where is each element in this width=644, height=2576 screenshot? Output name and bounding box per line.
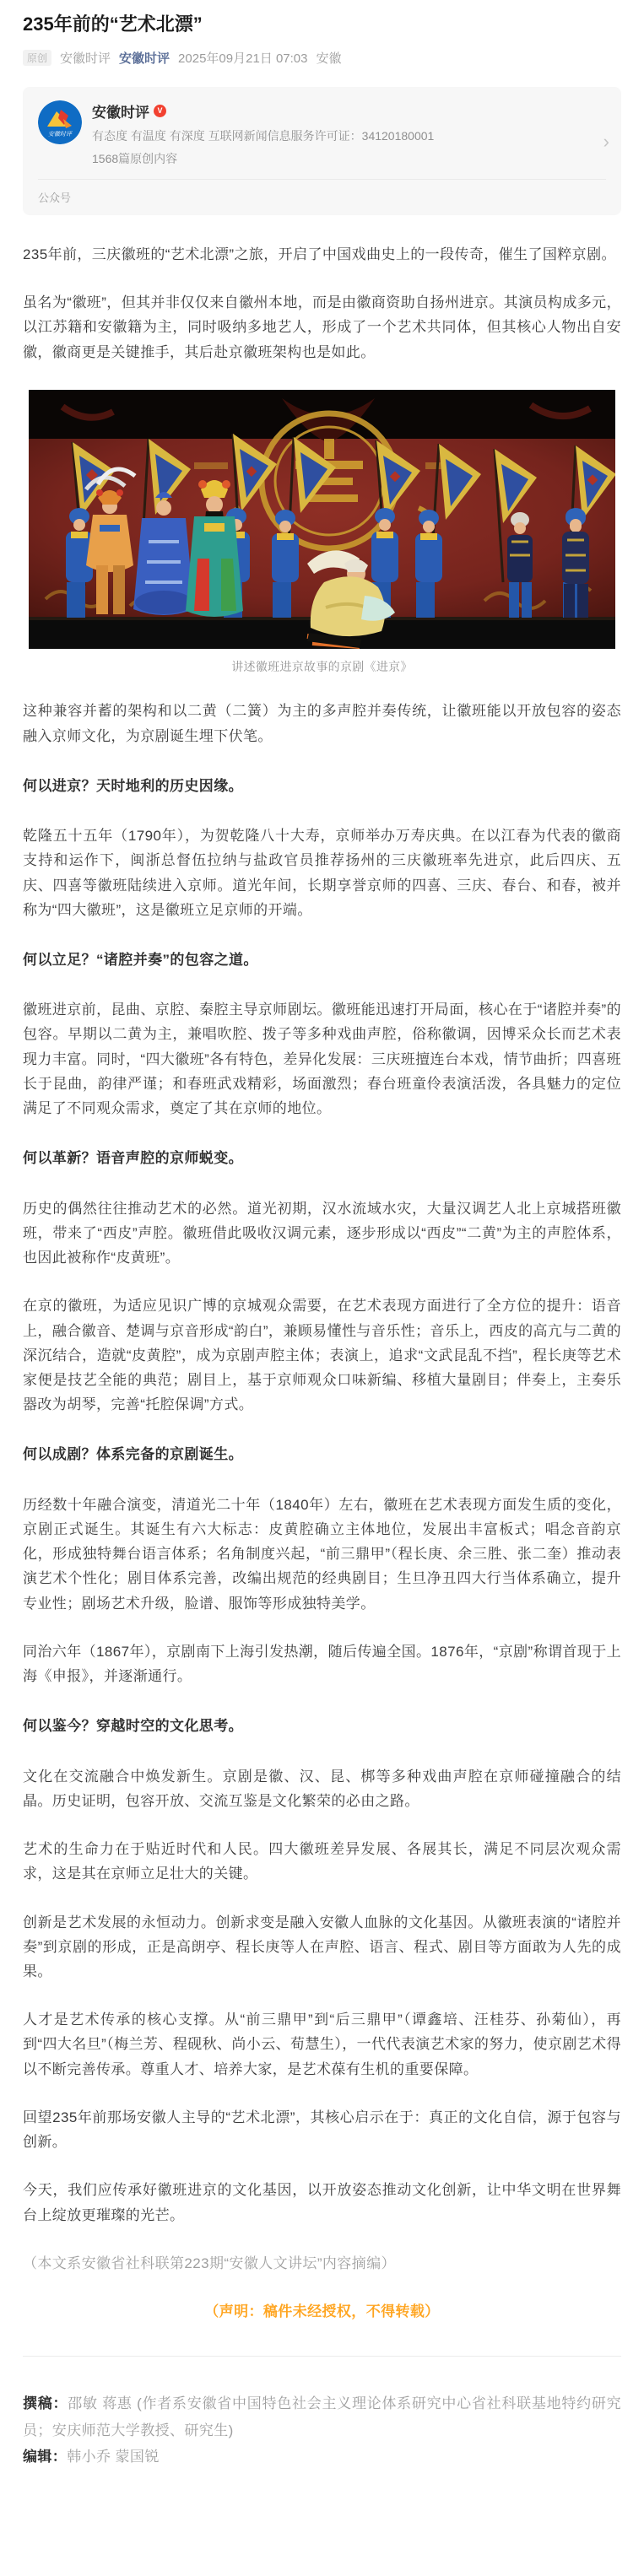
section-heading: 何以立足？“诸腔并奏”的包容之道。: [23, 948, 621, 972]
paragraph: 徽班进京前，昆曲、京腔、秦腔主导京师剧坛。徽班能迅速打开局面，核心在于“诸腔并奏…: [23, 997, 621, 1121]
author-name: 安徽时评: [60, 49, 111, 67]
paragraph: 这种兼容并蓄的架构和以二黄（二簧）为主的多声腔并奏传统，让徽班能以开放包容的姿态…: [23, 699, 621, 748]
publish-location: 安徽: [317, 49, 342, 67]
paragraph: 艺术的生命力在于贴近时代和人民。四大徽班差异发展、各展其长，满足不同层次观众需求…: [23, 1837, 621, 1886]
copyright-declaration: （声明：稿件未经授权，不得转载）: [23, 2299, 621, 2324]
paragraph: 同治六年（1867年），京剧南下上海引发热潮，随后传遍全国。1876年，“京剧”…: [23, 1639, 621, 1688]
paragraph: 回望235年前那场安徽人主导的“艺术北漂”，其核心启示在于：真正的文化自信，源于…: [23, 2105, 621, 2154]
article-meta: 原创 安徽时评 安徽时评 2025年09月21日 07:03 安徽: [23, 49, 621, 67]
svg-text:安徽时评: 安徽时评: [48, 131, 73, 138]
original-content-count: 1568篇原创内容: [92, 150, 586, 167]
avatar-logo-icon: 安徽时评: [38, 100, 82, 144]
chevron-right-icon[interactable]: ›: [603, 132, 609, 151]
article-body: 235年前，三庆徽班的“艺术北漂”之旅，开启了中国戏曲史上的一段传奇，催生了国粹…: [23, 242, 621, 2471]
account-link[interactable]: 安徽时评: [119, 49, 170, 67]
footer-divider: [23, 2356, 621, 2357]
account-avatar[interactable]: 安徽时评: [38, 100, 82, 144]
verified-badge-icon: V: [154, 105, 166, 117]
editor-label: 编辑：: [23, 2449, 67, 2465]
paragraph: 在京的徽班，为适应见识广博的京城观众需要，在艺术表现方面进行了全方位的提升：语音…: [23, 1293, 621, 1417]
section-heading: 何以成剧？体系完备的京剧诞生。: [23, 1442, 621, 1466]
account-description: 有态度 有温度 有深度 互联网新闻信息服务许可证：34120180001: [92, 127, 586, 145]
paragraph: 文化在交流融合中焕发新生。京剧是徽、汉、昆、梆等多种戏曲声腔在京师碰撞融合的结晶…: [23, 1764, 621, 1813]
card-top: 安徽时评 安徽时评 V 有态度 有温度 有深度 互联网新闻信息服务许可证：341…: [38, 100, 606, 167]
account-profile-card[interactable]: 安徽时评 安徽时评 V 有态度 有温度 有深度 互联网新闻信息服务许可证：341…: [23, 87, 621, 215]
writer-names: 邵敏 蒋惠 (作者系安徽省中国特色社会主义理论体系研究中心省社科联基地特约研究员…: [23, 2395, 621, 2438]
article-photo[interactable]: [29, 390, 615, 649]
account-name: 安徽时评: [92, 100, 149, 122]
paragraph: 虽名为“徽班”，但其并非仅仅来自徽州本地，而是由徽商资助自扬州进京。其演员构成多…: [23, 290, 621, 365]
source-note: （本文系安徽省社科联第223期“安徽人文讲坛”内容摘编）: [23, 2251, 621, 2276]
article-page: 235年前的“艺术北漂” 原创 安徽时评 安徽时评 2025年09月21日 07…: [0, 0, 644, 2511]
section-heading: 何以鉴今？穿越时空的文化思考。: [23, 1714, 621, 1738]
paragraph: 乾隆五十五年（1790年），为贺乾隆八十大寿，京师举办万寿庆典。在以江春为代表的…: [23, 824, 621, 922]
editor-names: 韩小乔 蒙国锐: [67, 2449, 160, 2465]
paragraph: 历史的偶然往往推动艺术的必然。道光初期，汉水流域水灾，大量汉调艺人北上京城搭班徽…: [23, 1196, 621, 1271]
card-info: 安徽时评 V 有态度 有温度 有深度 互联网新闻信息服务许可证：34120180…: [92, 100, 606, 167]
opera-stage-illustration: [29, 390, 615, 649]
paragraph: 创新是艺术发展的永恒动力。创新求变是融入安徽人血脉的文化基因。从徽班表演的“诸腔…: [23, 1910, 621, 1985]
section-heading: 何以进京？天时地利的历史因缘。: [23, 774, 621, 798]
credits-block: 撰稿：邵敏 蒋惠 (作者系安徽省中国特色社会主义理论体系研究中心省社科联基地特约…: [23, 2390, 621, 2470]
account-type-label: 公众号: [38, 180, 606, 205]
paragraph: 历经数十年融合演变，清道光二十年（1840年）左右，徽班在艺术表现方面发生质的变…: [23, 1493, 621, 1616]
original-tag: 原创: [23, 50, 51, 66]
writer-label: 撰稿：: [23, 2395, 68, 2411]
section-heading: 何以革新？语音声腔的京师蜕变。: [23, 1146, 621, 1170]
publish-datetime: 2025年09月21日 07:03: [178, 49, 307, 67]
article-figure: 讲述徽班进京故事的京剧《进京》: [23, 390, 621, 676]
page-title: 235年前的“艺术北漂”: [23, 12, 621, 38]
photo-caption: 讲述徽班进京故事的京剧《进京》: [23, 659, 621, 676]
paragraph: 今天，我们应传承好徽班进京的文化基因，以开放姿态推动文化创新，让中华文明在世界舞…: [23, 2178, 621, 2227]
paragraph: 235年前，三庆徽班的“艺术北漂”之旅，开启了中国戏曲史上的一段传奇，催生了国粹…: [23, 242, 621, 267]
paragraph: 人才是艺术传承的核心支撑。从“前三鼎甲”到“后三鼎甲”（谭鑫培、汪桂芬、孙菊仙）…: [23, 2007, 621, 2082]
